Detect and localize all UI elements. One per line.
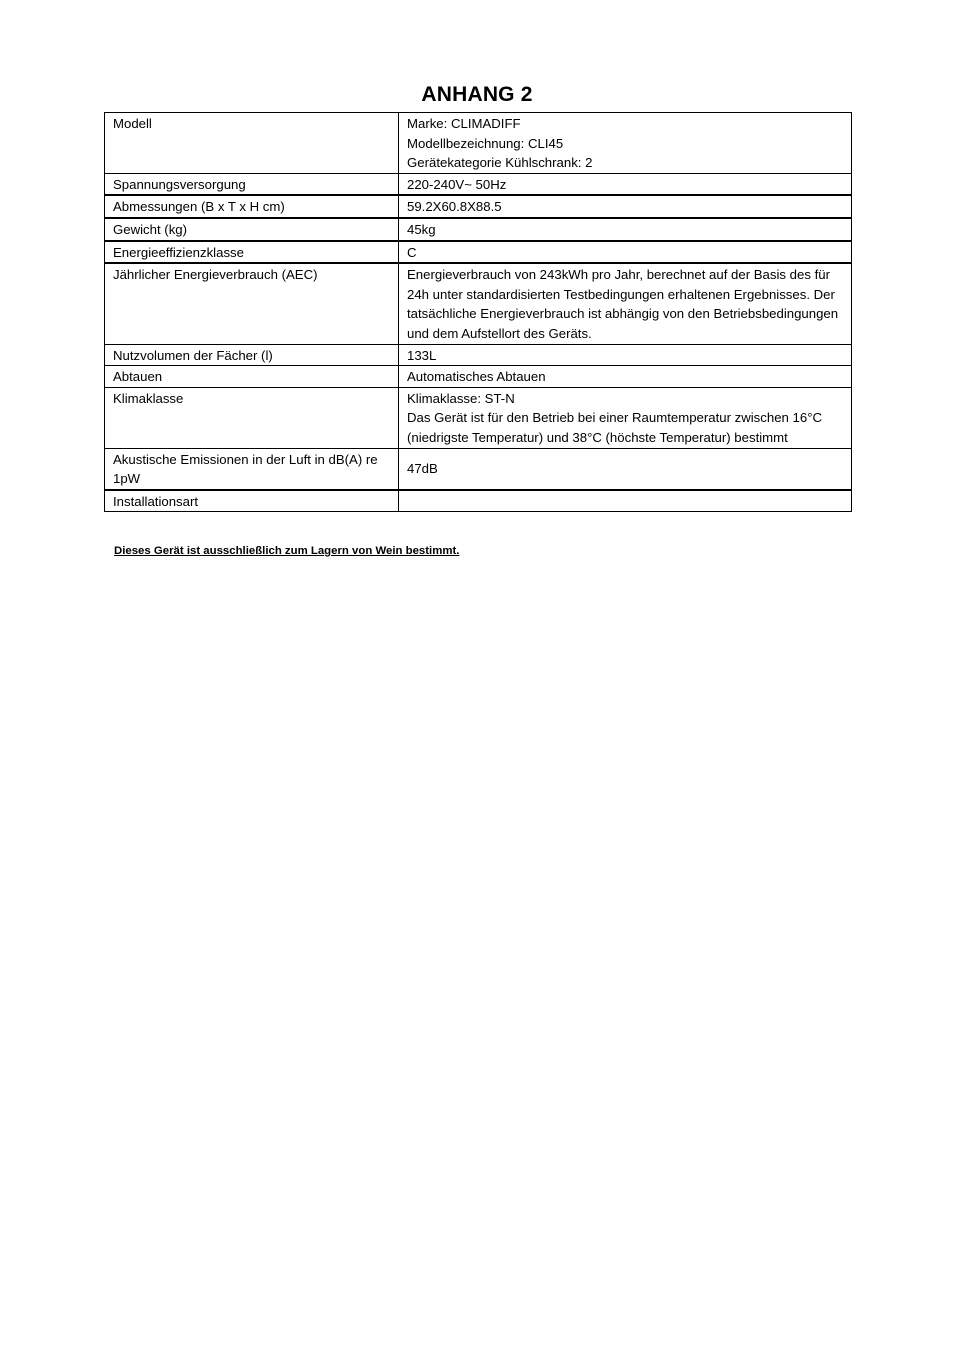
row-value: 220-240V~ 50Hz: [399, 173, 852, 195]
row-label: Abtauen: [105, 366, 399, 388]
row-label: Nutzvolumen der Fächer (l): [105, 344, 399, 366]
value-line: Klimaklasse: ST-N: [407, 389, 843, 409]
table-row: Gewicht (kg) 45kg: [105, 218, 852, 241]
table-row: Spannungsversorgung 220-240V~ 50Hz: [105, 173, 852, 195]
value-line: Modellbezeichnung: CLI45: [407, 134, 843, 154]
table-row: Abmessungen (B x T x H cm) 59.2X60.8X88.…: [105, 195, 852, 218]
row-label: Installationsart: [105, 490, 399, 512]
row-label: Spannungsversorgung: [105, 173, 399, 195]
row-value: 133L: [399, 344, 852, 366]
row-value: C: [399, 241, 852, 264]
value-line: Gerätekategorie Kühlschrank: 2: [407, 153, 843, 173]
row-value: Klimaklasse: ST-N Das Gerät ist für den …: [399, 387, 852, 448]
spec-table: Modell Marke: CLIMADIFF Modellbezeichnun…: [104, 112, 852, 512]
row-value: Marke: CLIMADIFF Modellbezeichnung: CLI4…: [399, 113, 852, 174]
table-row: Akustische Emissionen in der Luft in dB(…: [105, 448, 852, 490]
row-label: Abmessungen (B x T x H cm): [105, 195, 399, 218]
row-value: Energieverbrauch von 243kWh pro Jahr, be…: [399, 263, 852, 344]
page-title: ANHANG 2: [0, 80, 954, 110]
table-row: Energieeffizienzklasse C: [105, 241, 852, 264]
row-value: Automatisches Abtauen: [399, 366, 852, 388]
row-value: [399, 490, 852, 512]
wine-storage-notice: Dieses Gerät ist ausschließlich zum Lage…: [114, 543, 459, 559]
row-label: Gewicht (kg): [105, 218, 399, 241]
row-label: Klimaklasse: [105, 387, 399, 448]
row-label: Modell: [105, 113, 399, 174]
table-row: Nutzvolumen der Fächer (l) 133L: [105, 344, 852, 366]
table-row: Jährlicher Energieverbrauch (AEC) Energi…: [105, 263, 852, 344]
table-row: Abtauen Automatisches Abtauen: [105, 366, 852, 388]
value-line: Das Gerät ist für den Betrieb bei einer …: [407, 408, 843, 447]
row-value: 45kg: [399, 218, 852, 241]
row-label: Jährlicher Energieverbrauch (AEC): [105, 263, 399, 344]
row-label: Akustische Emissionen in der Luft in dB(…: [105, 448, 399, 490]
row-value: 59.2X60.8X88.5: [399, 195, 852, 218]
row-label: Energieeffizienzklasse: [105, 241, 399, 264]
table-row: Klimaklasse Klimaklasse: ST-N Das Gerät …: [105, 387, 852, 448]
table-row: Modell Marke: CLIMADIFF Modellbezeichnun…: [105, 113, 852, 174]
row-value: 47dB: [399, 448, 852, 490]
value-line: Marke: CLIMADIFF: [407, 114, 843, 134]
table-row: Installationsart: [105, 490, 852, 512]
